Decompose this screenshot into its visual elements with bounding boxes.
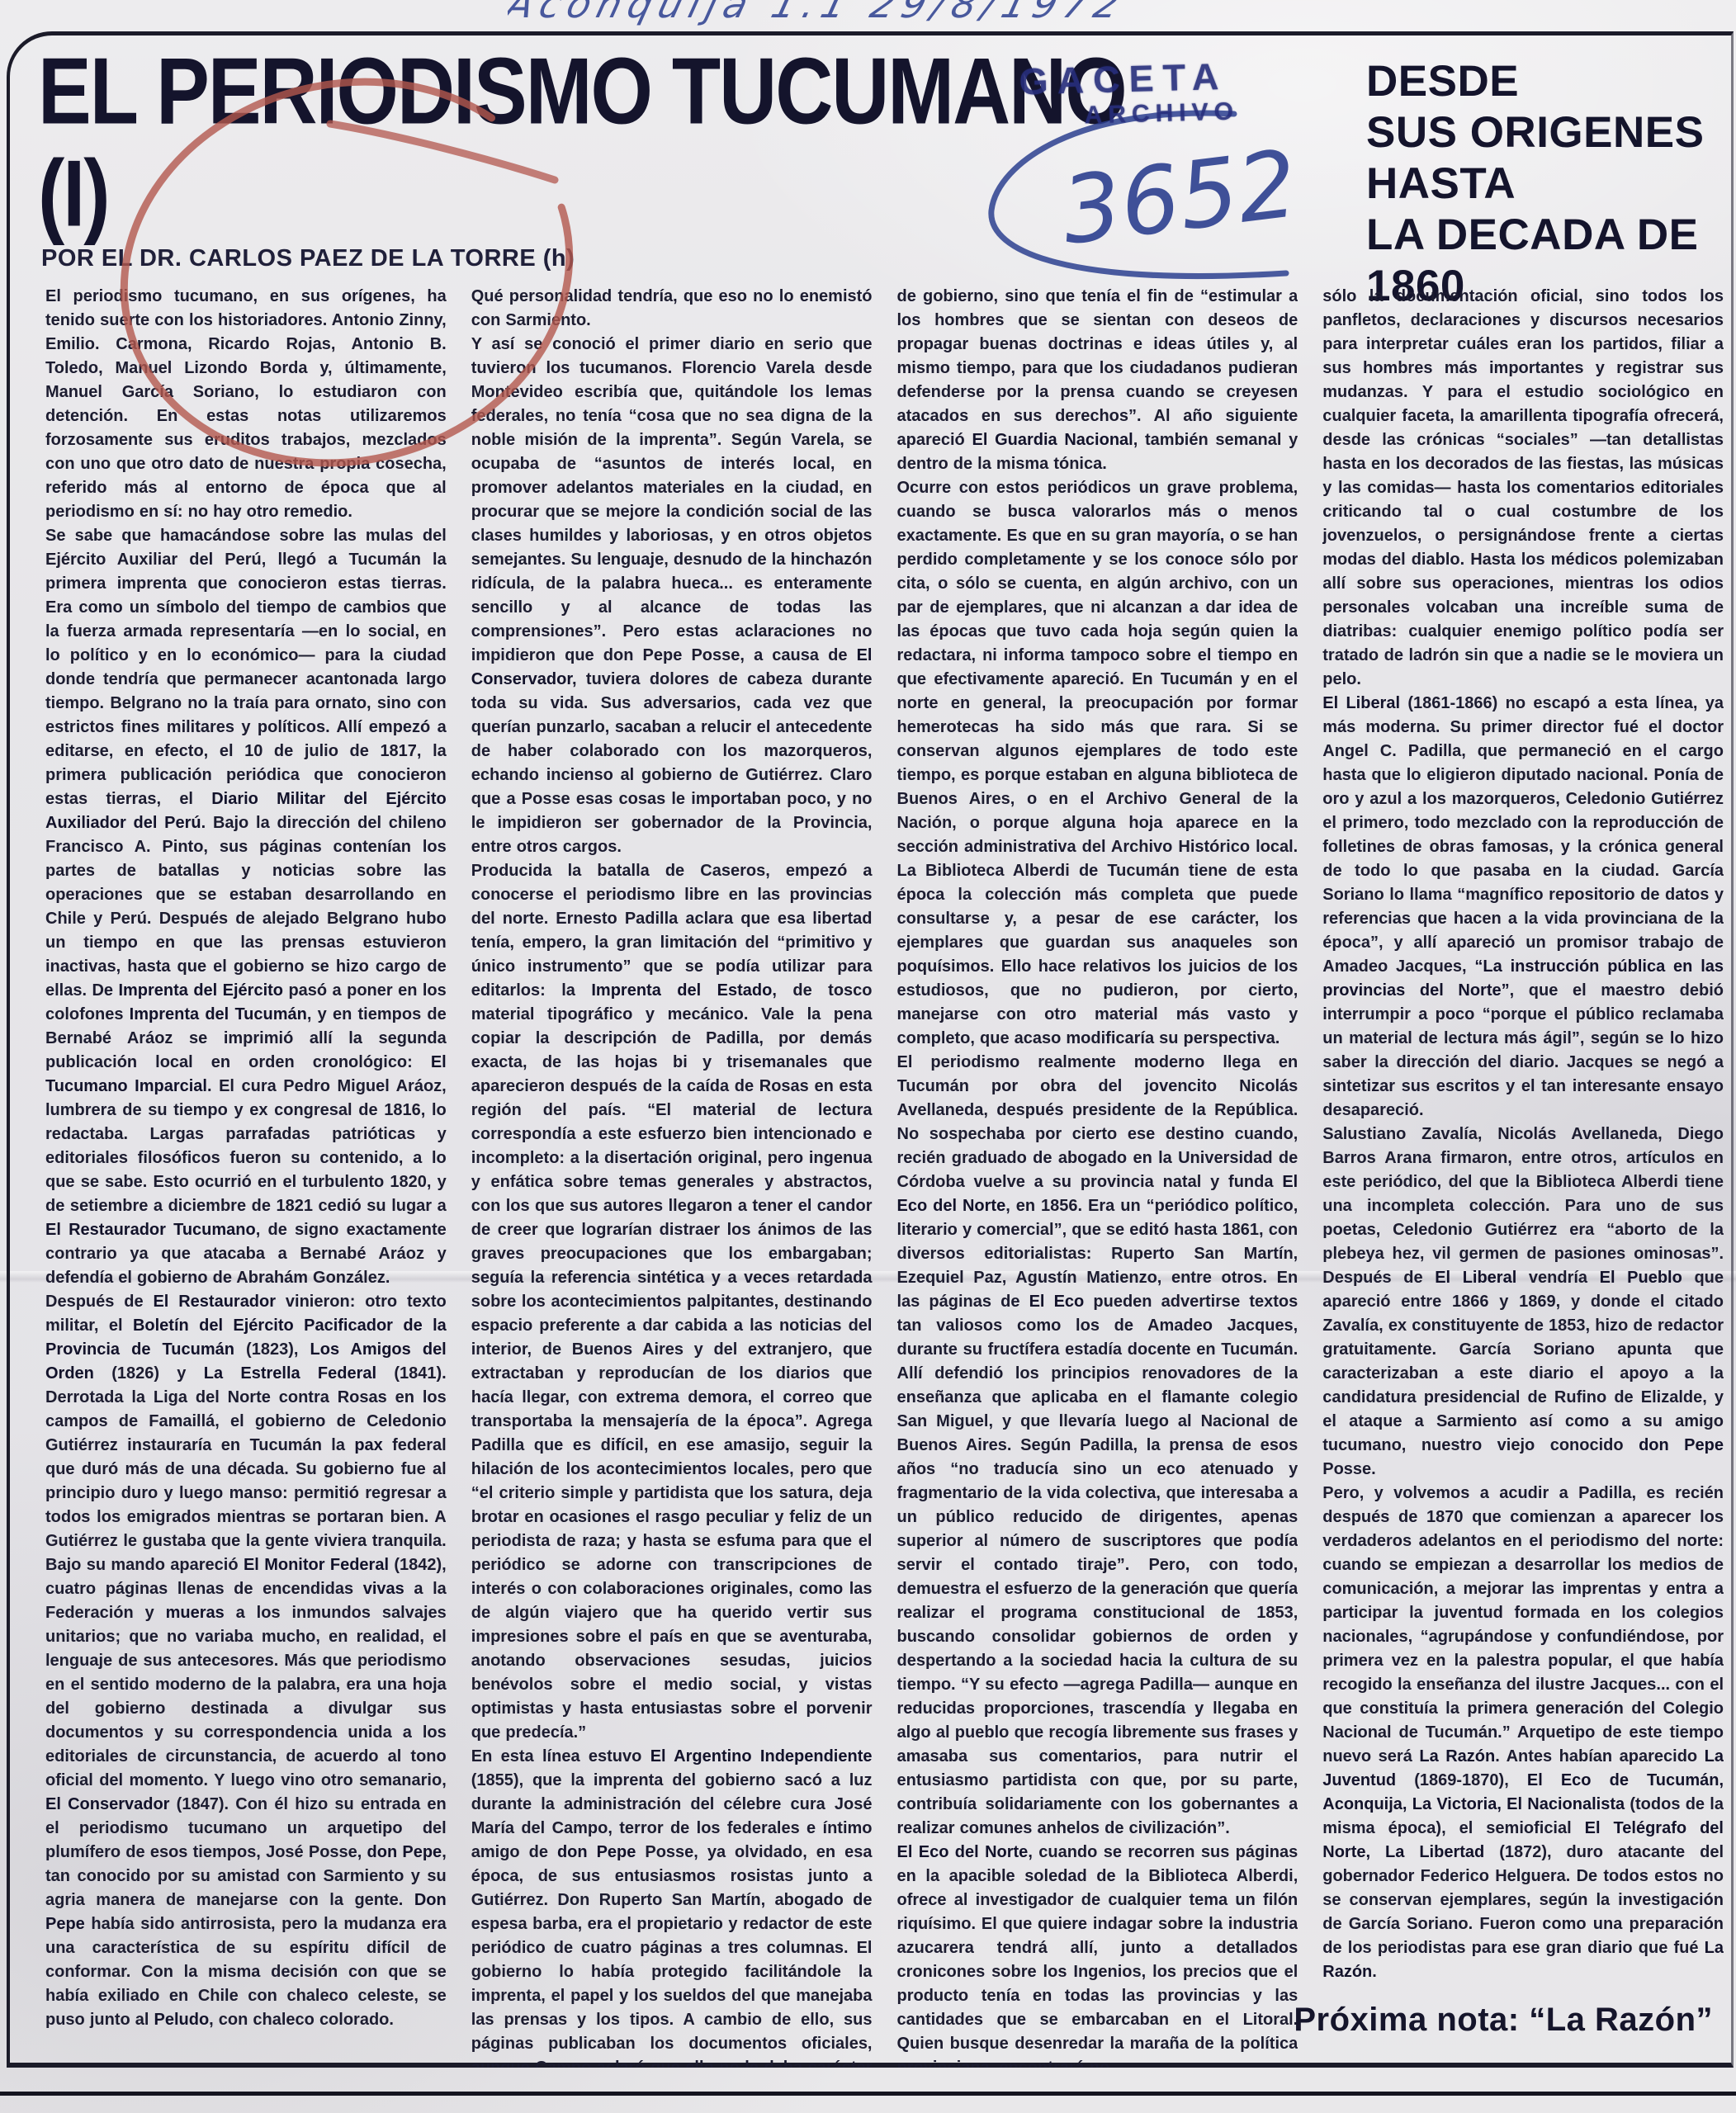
article-paragraph: El Liberal (1861-1866) no escapó a esta … (1322, 692, 1724, 1123)
kicker-line: SUS ORIGENES (1366, 107, 1704, 158)
article-column-3: de gobierno, sino que tenía el fin de “e… (897, 285, 1298, 2068)
article-paragraph: El periodismo realmente moderno llega en… (897, 1051, 1298, 1841)
article-paragraph: sólo la documentación oficial, sino todo… (1322, 285, 1724, 692)
article-paragraph: Salustiano Zavalía, Nicolás Avellaneda, … (1322, 1123, 1724, 1482)
page-title-line2: (I) (38, 142, 1126, 244)
article-paragraph: Qué personalidad tendría, que eso no lo … (471, 285, 873, 333)
clipping-border-bottom-rule (0, 2092, 1736, 2096)
article-paragraph: Y así se conoció el primer diario en ser… (471, 333, 873, 859)
article-body: El periodismo tucumano, en sus orígenes,… (45, 285, 1724, 2068)
page-title-line1: EL PERIODISMO TUCUMANO (38, 40, 1126, 142)
article-paragraph: Pero, y volvemos a acudir a Padilla, es … (1322, 1482, 1724, 1984)
article-column-4: sólo la documentación oficial, sino todo… (1322, 285, 1724, 2068)
article-paragraph: Producida la batalla de Caseros, empezó … (471, 859, 873, 1745)
kicker-line: HASTA (1366, 158, 1704, 210)
kicker-line: LA DECADA DE (1366, 210, 1704, 261)
handwritten-top-note: Aconquija 1.1 29/8/1972 (508, 0, 1185, 28)
article-column-1: El periodismo tucumano, en sus orígenes,… (45, 285, 447, 2068)
article-paragraph: Se sabe que hamacándose sobre las mulas … (45, 524, 447, 1290)
kicker-subtitle: DESDESUS ORIGENESHASTALA DECADA DE1860 (1366, 56, 1704, 312)
article-paragraph: Ocurre con estos periódicos un grave pro… (897, 476, 1298, 1051)
page-title: EL PERIODISMO TUCUMANO (I) (38, 40, 1126, 244)
article-paragraph: El Eco del Norte, cuando se recorren sus… (897, 1841, 1298, 2068)
article-paragraph: Después de El Restaurador vinieron: otro… (45, 1290, 447, 2032)
kicker-line: DESDE (1366, 56, 1704, 107)
article-paragraph: El periodismo tucumano, en sus orígenes,… (45, 285, 447, 524)
article-paragraph: de gobierno, sino que tenía el fin de “e… (897, 285, 1298, 476)
byline: POR EL DR. CARLOS PAEZ DE LA TORRE (h) (41, 245, 575, 272)
article-paragraph: En esta línea estuvo El Argentino Indepe… (471, 1745, 873, 2068)
article-column-2: Qué personalidad tendría, que eso no lo … (471, 285, 873, 2068)
next-issue-note: Próxima nota: “La Razón” (1294, 2002, 1713, 2039)
